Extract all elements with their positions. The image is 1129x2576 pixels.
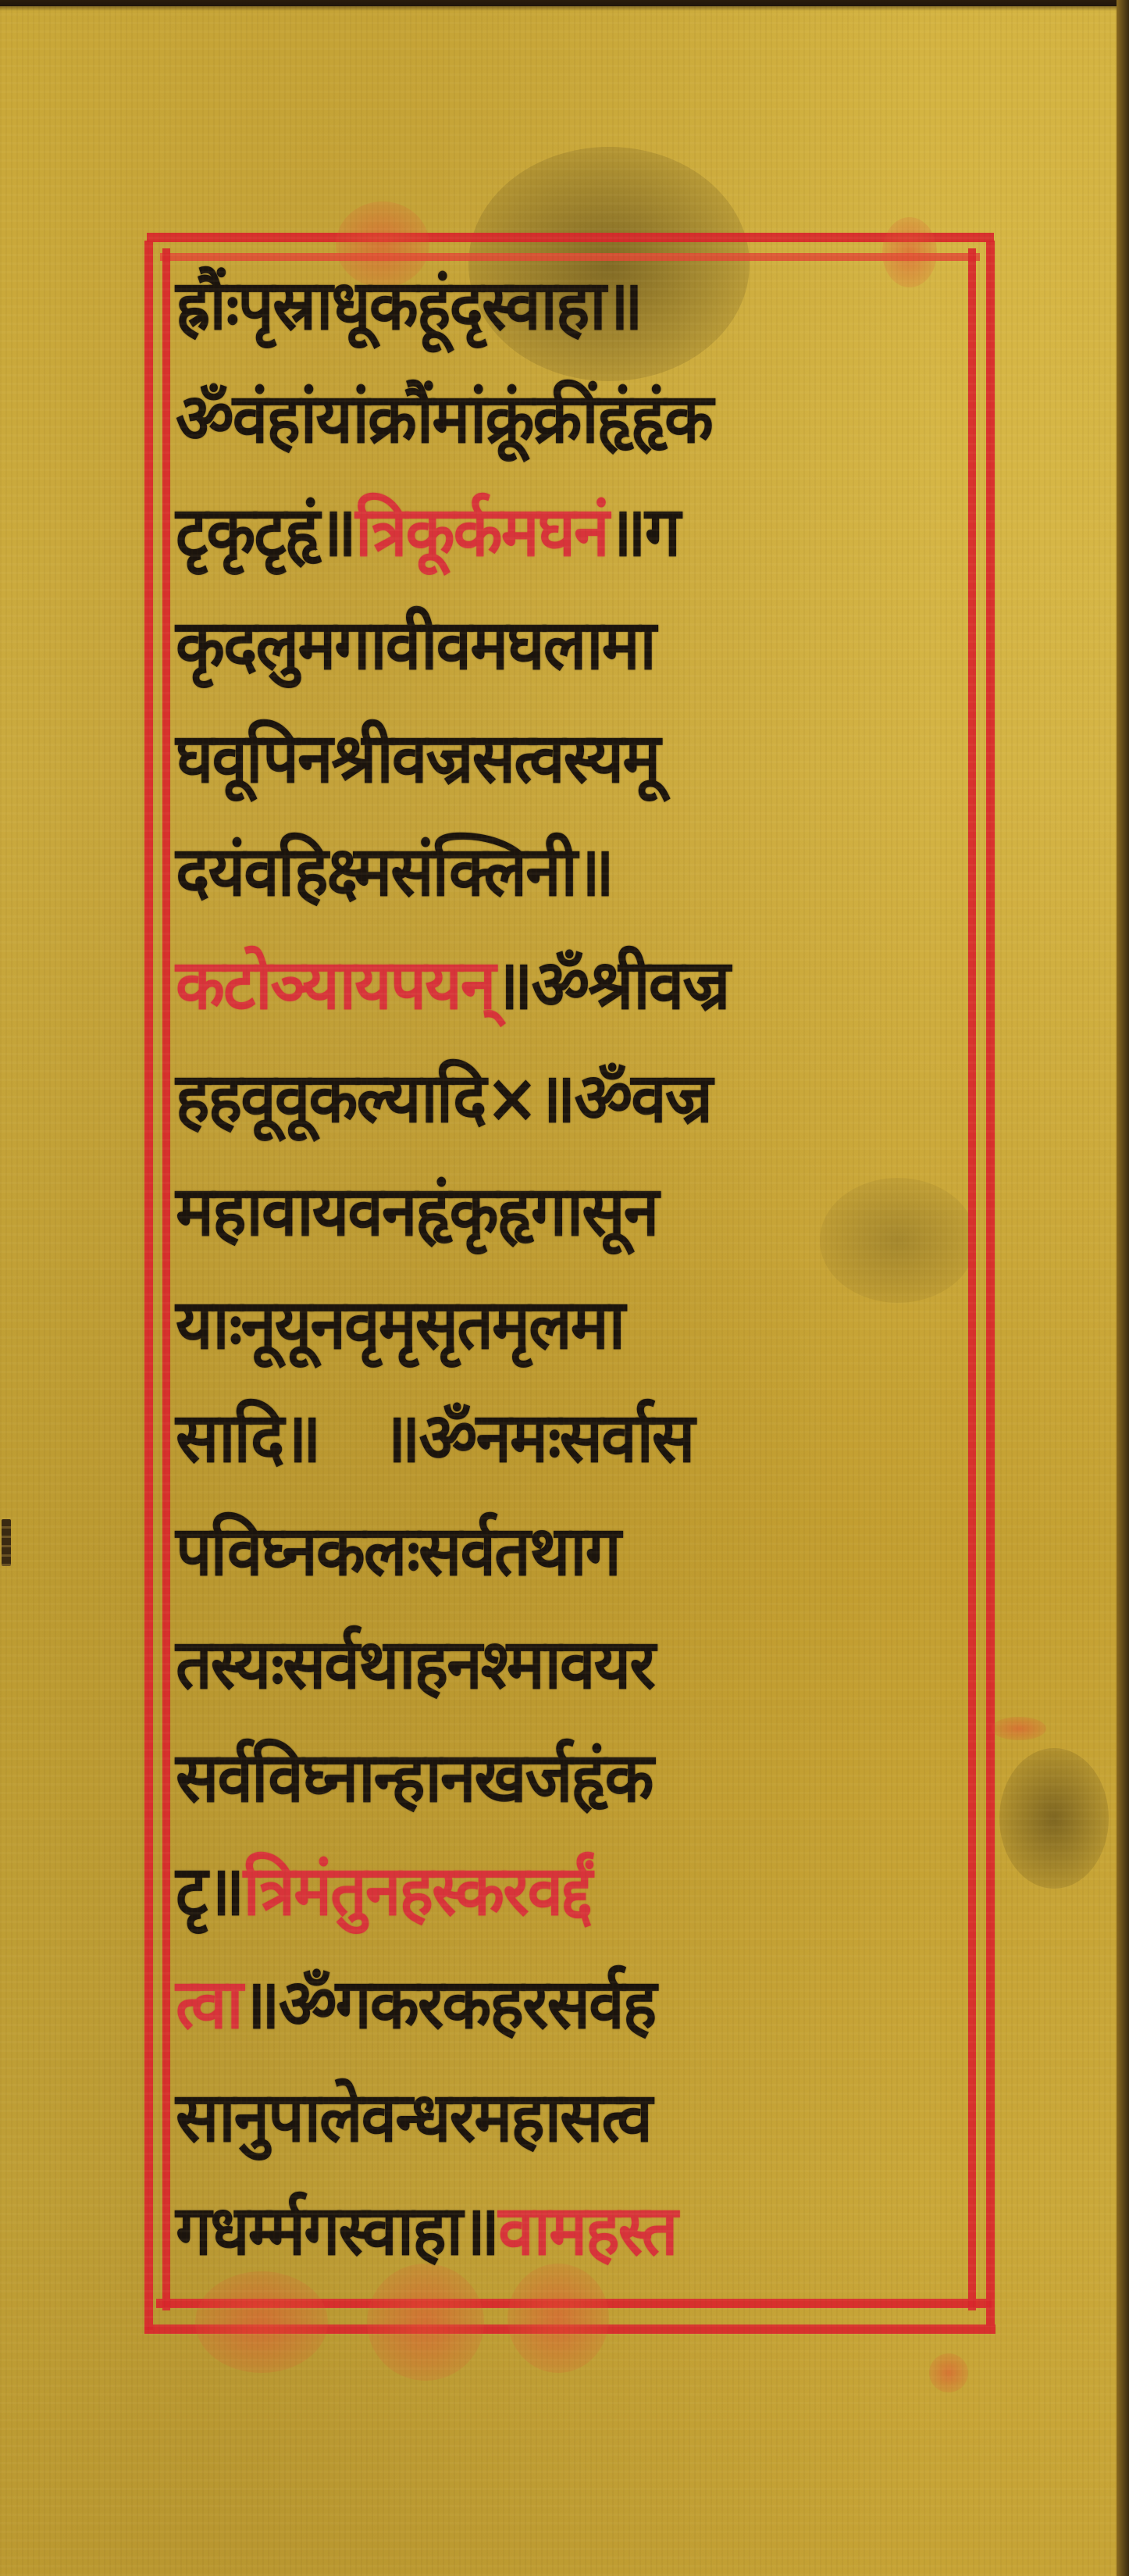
torn-top-edge (0, 0, 1129, 11)
text-line-17: सानुपालेवन्धरमहासत्व (176, 2067, 931, 2180)
ink-text: ॥ग (608, 491, 679, 572)
manuscript-folio: ह्रौंःपृस्राधूकहूंदृस्वाहा॥ ॐवंहांयांक्र… (0, 6, 1117, 2576)
ink-text: सानुपालेवन्धरमहासत्व (176, 2077, 651, 2157)
ink-text: याःनूयूनवृमृसृतमृलमा (176, 1284, 624, 1365)
text-line-2: ॐवंहांयांक्रौंमांक्रूंक्रींहृंहृंक (176, 368, 931, 481)
ink-text: सादि॥ ॥ॐनमःसर्वास (176, 1397, 693, 1478)
ink-text: कृदलुमगावीवमघलामा (176, 605, 655, 685)
text-line-15: टृ॥त्रिमंतुनहस्करवर्द्दं (176, 1840, 931, 1953)
text-line-11: सादि॥ ॥ॐनमःसर्वास (176, 1387, 931, 1500)
ink-text: ॥ॐश्रीवज्र (494, 944, 728, 1025)
ink-text: सर्वविघ्नान्हानखर्जहृंक (176, 1737, 653, 1818)
text-line-7: कटोञ्यायपयन्॥ॐश्रीवज्र (176, 934, 931, 1047)
frame-left-outer (144, 241, 153, 2330)
ink-text: टृ॥ (176, 1850, 244, 1931)
paper-stain (999, 1748, 1109, 1889)
ink-text: ॥ॐगकरकहरसर्वह (242, 1964, 656, 2044)
text-line-18: गधर्म्मगस्वाहा॥वामहस्त (176, 2180, 931, 2293)
text-line-14: सर्वविघ्नान्हानखर्जहृंक (176, 1727, 931, 1840)
rubric-text: त्रिकूर्कमघनं (355, 491, 608, 572)
ink-text: पविघ्नकलःसर्वतथाग (176, 1511, 620, 1591)
ink-text: गधर्म्मगस्वाहा॥ (176, 2190, 498, 2271)
ink-text: घवूपिनश्रीवज्रसत्वस्यमू (176, 718, 659, 798)
rubric-text: त्वा (176, 1964, 242, 2044)
binding-thread-mark (2, 1519, 11, 1566)
rubric-text: त्रिमंतुनहस्करवर्द्दं (244, 1850, 592, 1931)
text-line-6: दयंवहिक्ष्मसंक्लिनी॥ (176, 821, 931, 934)
ink-text: हहवूवूकल्यादि×॥ॐवज्र (176, 1058, 711, 1138)
page-edge-right (1117, 0, 1129, 2576)
manuscript-text: ह्रौंःपृस्राधूकहूंदृस्वाहा॥ ॐवंहांयांक्र… (176, 255, 988, 2293)
rubric-text: वामहस्त (498, 2190, 676, 2271)
frame-top-outer (147, 233, 994, 242)
text-line-10: याःनूयूनवृमृसृतमृलमा (176, 1274, 931, 1387)
text-line-8: हहवूवूकल्यादि×॥ॐवज्र (176, 1047, 931, 1161)
rubric-text: कटोञ्यायपयन् (176, 944, 494, 1025)
red-ink-smudge (992, 1717, 1046, 1740)
text-line-13: तस्यःसर्वथाहनश्मावयर (176, 1614, 931, 1727)
text-line-1: ह्रौंःपृस्राधूकहूंदृस्वाहा॥ (176, 255, 931, 368)
text-line-9: महावायवनहृंकृहृगासून (176, 1161, 931, 1274)
frame-left-inner (162, 248, 170, 2310)
ink-text: दयंवहिक्ष्मसंक्लिनी॥ (176, 831, 613, 912)
text-line-3: टृकृटृहृं॥त्रिकूर्कमघनं॥ग (176, 481, 931, 594)
red-ink-smudge (929, 2353, 968, 2392)
text-line-12: पविघ्नकलःसर्वतथाग (176, 1500, 931, 1614)
text-line-4: कृदलुमगावीवमघलामा (176, 594, 931, 708)
ink-text: तस्यःसर्वथाहनश्मावयर (176, 1624, 654, 1704)
ink-text: ॐवंहांयांक्रौंमांक्रूंक्रींहृंहृंक (176, 378, 712, 458)
text-line-5: घवूपिनश्रीवज्रसत्वस्यमू (176, 708, 931, 821)
ink-text: ह्रौंःपृस्राधूकहूंदृस्वाहा॥ (176, 265, 642, 345)
ink-text: महावायवनहृंकृहृगासून (176, 1171, 657, 1251)
text-line-16: त्वा॥ॐगकरकहरसर्वह (176, 1953, 931, 2067)
ink-text: टृकृटृहृं॥ (176, 491, 355, 572)
